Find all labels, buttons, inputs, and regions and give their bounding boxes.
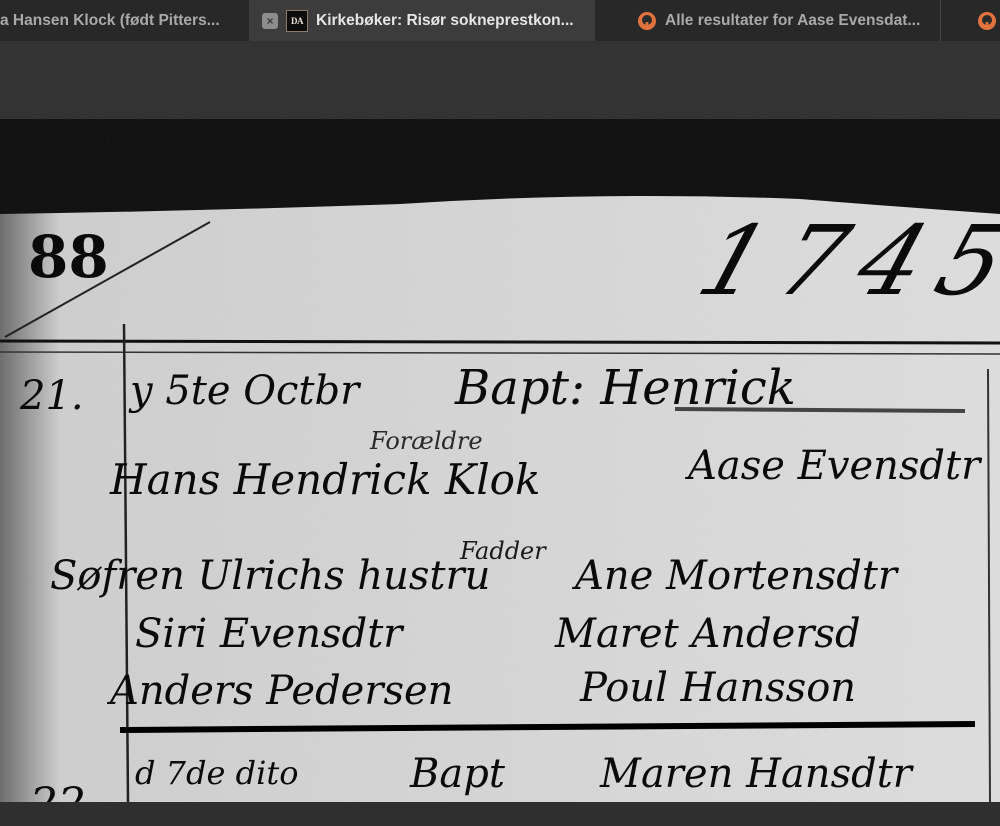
sponsor-2: Ane Mortensdtr [571,553,900,599]
mother-name: Aase Evensdtr [684,443,983,489]
tab-kirkeboker-active[interactable]: × DA Kirkebøker: Risør sokneprestkon... [249,0,595,41]
sponsor-6: Poul Hansson [579,665,856,711]
entry-number: 21. [19,373,84,419]
sponsor-3: Siri Evensdtr [135,611,405,657]
parents-label: Forældre [369,427,483,455]
entry-number: 22 [29,779,86,802]
sponsor-1: Søfren Ulrichs hustru [50,553,490,599]
church-record-image[interactable]: 88 1745 21. y 5te Octbr Bapt: Henrick Fo… [0,119,1000,802]
sponsor-4: Maret Andersd [554,611,861,657]
manuscript-scan: 88 1745 21. y 5te Octbr Bapt: Henrick Fo… [0,119,1000,802]
tab-myheritage[interactable] [940,0,1000,41]
year: 1745 [686,206,1000,317]
tab-hansen-klock[interactable]: a Hansen Klock (født Pitters... [0,0,249,41]
browser-tab-bar: a Hansen Klock (født Pitters... × DA Kir… [0,0,1000,41]
child-name: Maren Hansdtr [599,751,915,797]
sponsor-5: Anders Pedersen [106,668,453,714]
da-logo-icon: DA [286,10,308,32]
tab-title: a Hansen Klock (født Pitters... [0,12,220,30]
entry-baptism: Bapt [409,751,506,797]
myheritage-ring-icon [977,11,997,31]
toolbar-area [0,41,1000,119]
close-tab-icon[interactable]: × [262,13,278,29]
page-number: 88 [28,223,109,291]
entry-baptism: Bapt: Henrick [454,360,796,416]
tab-title: Kirkebøker: Risør sokneprestkon... [316,12,574,30]
bottom-bar [0,802,1000,826]
father-name: Hans Hendrick Klok [109,455,540,504]
tab-alle-resultater[interactable]: Alle resultater for Aase Evensdat... [595,0,940,41]
myheritage-ring-icon [637,11,657,31]
tab-title: Alle resultater for Aase Evensdat... [665,12,920,30]
entry-date: d 7de dito [135,754,298,792]
entry-date: y 5te Octbr [128,368,362,414]
